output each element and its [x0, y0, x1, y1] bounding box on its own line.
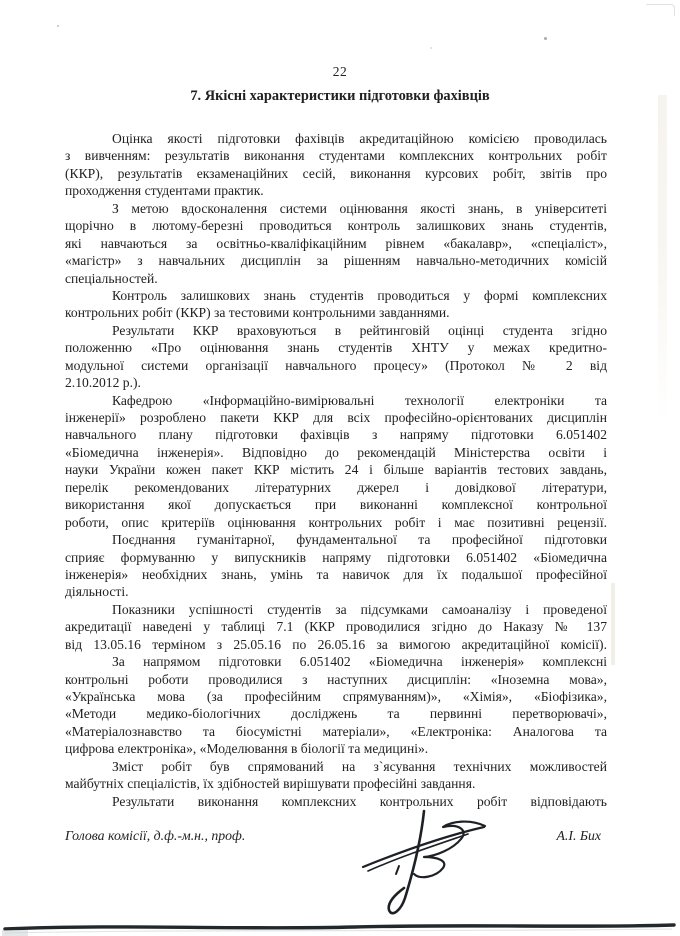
- text-line: спеціальностей.: [65, 270, 607, 287]
- text-line: акредитації наведені у таблиці 7.1 (ККР …: [65, 618, 607, 635]
- text-line: модульної системи організації навчальног…: [65, 357, 607, 374]
- section-title: 7. Якісні характеристики підготовки фахі…: [0, 88, 680, 105]
- text-line: від 13.05.16 терміном з 25.05.16 по 26.0…: [65, 636, 607, 653]
- text-line: діяльності.: [65, 583, 607, 600]
- text-line: з вивченням: результатів виконання студе…: [65, 147, 607, 164]
- text-line: Контроль залишкових знань студентів пров…: [65, 287, 607, 304]
- text-line: положенню «Про оцінювання знань студенті…: [65, 339, 607, 356]
- text-line: (ККР), результатів екзаменаційних сесій,…: [65, 165, 607, 182]
- scan-speck: [544, 37, 547, 40]
- scan-speck: [57, 25, 59, 27]
- text-line: «магістр» з навчальних дисциплін за ріше…: [65, 252, 607, 269]
- signature-icon: [350, 805, 530, 925]
- text-line: навчального плану підготовки фахівців з …: [65, 426, 607, 443]
- text-line: Показники успішності студентів за підсум…: [65, 601, 607, 618]
- text-line: З метою вдосконалення системи оцінювання…: [65, 200, 607, 217]
- signatory-name: А.І. Бих: [556, 828, 601, 844]
- text-line: контрольні роботи проводилися з наступни…: [65, 671, 607, 688]
- text-line: Зміст робіт був спрямований на з`ясуванн…: [65, 758, 607, 775]
- text-line: Результати ККР враховуються в рейтингові…: [65, 322, 607, 339]
- text-line: науки України кожен пакет ККР містить 24…: [65, 461, 607, 478]
- text-line: Оцінка якості підготовки фахівців акреди…: [65, 130, 607, 147]
- text-line: «Українська мова (за професійним спрямув…: [65, 688, 607, 705]
- commission-head-label: Голова комісії, д.ф.-м.н., проф.: [65, 828, 245, 844]
- scan-edge-shadow-small: [611, 583, 615, 665]
- document-body: Оцінка якості підготовки фахівців акреди…: [65, 130, 607, 810]
- text-line: Кафедрою «Інформаційно-вимірювальні техн…: [65, 392, 607, 409]
- text-line: За напрямом підготовки 6.051402 «Біомеди…: [65, 653, 607, 670]
- text-line: «Матеріалознавство та біосумістні матері…: [65, 723, 607, 740]
- text-line: Поєднання гуманітарної, фундаментальної …: [65, 531, 607, 548]
- text-line: 2.10.2012 р.).: [65, 374, 607, 391]
- text-line: використання якої допускається при викон…: [65, 496, 607, 513]
- text-line: щорічно в лютому-березні проводиться кон…: [65, 217, 607, 234]
- text-line: контрольних робіт (ККР) за тестовими кон…: [65, 304, 607, 321]
- text-line: сприяє формуванню у випускників напряму …: [65, 549, 607, 566]
- text-line: перелік рекомендованих літературних джер…: [65, 479, 607, 496]
- text-line: цифрова електроніка», «Моделювання в біо…: [65, 740, 607, 757]
- scan-corner-artifact: [646, 4, 675, 16]
- scanned-document-page: 22 7. Якісні характеристики підготовки ф…: [0, 0, 680, 936]
- text-line: майбутніх спеціалістів, їх здібностей ви…: [65, 775, 607, 792]
- page-number: 22: [0, 64, 680, 80]
- text-line: «Методи медико-біологічних досліджень та…: [65, 705, 607, 722]
- scan-speck: [430, 47, 432, 49]
- text-line: проходження студентами практик.: [65, 182, 607, 199]
- scan-edge-shadow: [658, 95, 667, 425]
- text-line: інженерія» необхідних знань, умінь та на…: [65, 566, 607, 583]
- text-line: роботи, опис критеріїв оцінювання контро…: [65, 514, 607, 531]
- text-line: які навчаються за освітньо-кваліфікаційн…: [65, 235, 607, 252]
- text-line: інженерії» розроблено пакети ККР для всі…: [65, 409, 607, 426]
- page-bottom-edge: [0, 912, 680, 936]
- text-line: «Біомедична інженерія». Відповідно до ре…: [65, 444, 607, 461]
